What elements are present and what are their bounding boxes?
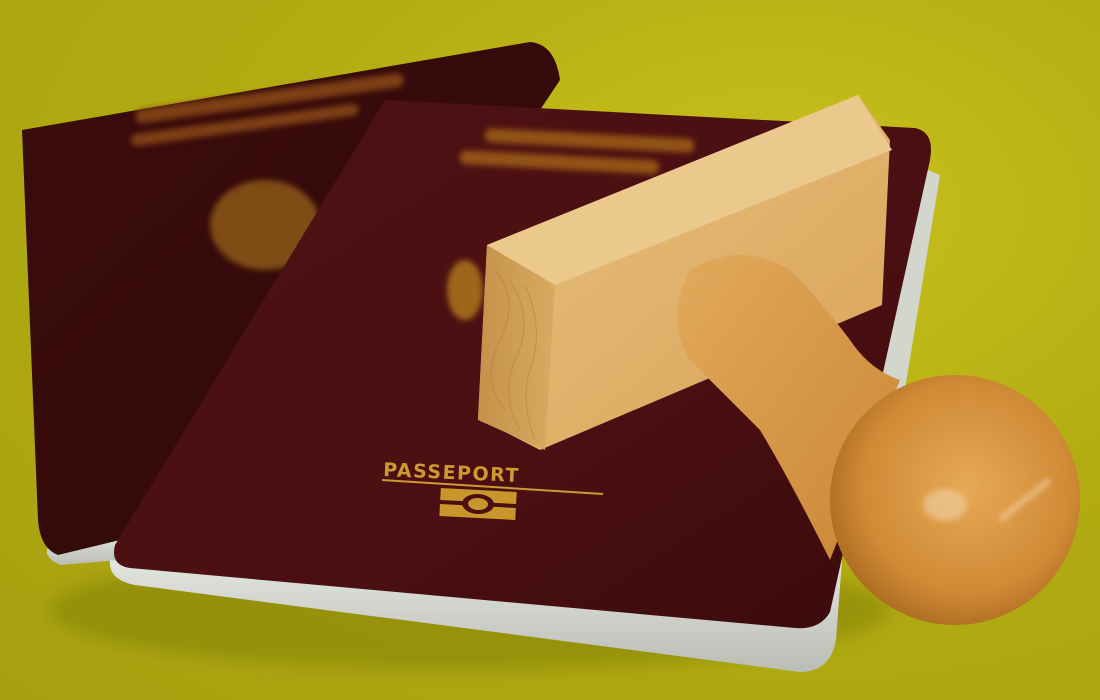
photo-illustration: PASSEPORT xyxy=(0,0,1100,700)
photo-scene: PASSEPORT xyxy=(0,0,1100,700)
